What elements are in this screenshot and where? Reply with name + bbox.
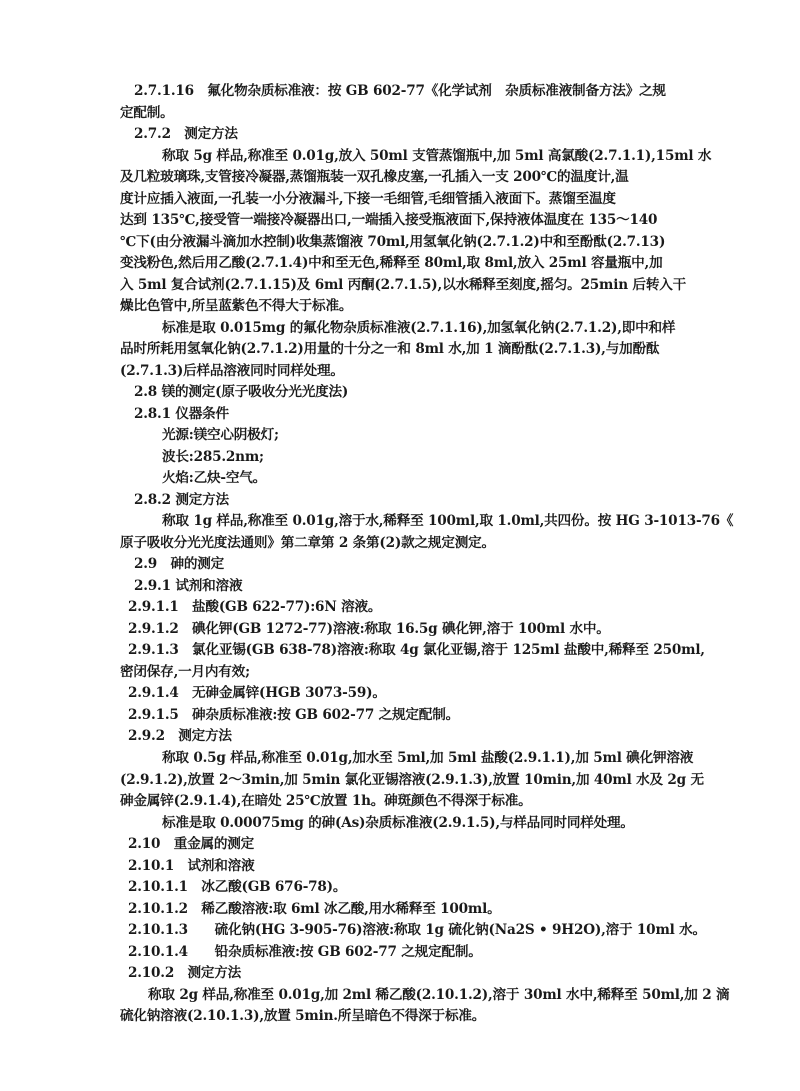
text-line: 2.9.1 试剂和溶液 (120, 576, 675, 598)
text-line: 2.10.1.1 冰乙酸(GB 676-78)。 (120, 877, 675, 899)
text-line: 标准是取 0.015mg 的氟化物杂质标准液(2.7.1.16),加氢氧化钠(2… (120, 318, 675, 340)
text-line: 砷金属锌(2.9.1.4),在暗处 25℃放置 1h。砷斑颜色不得深于标准。 (120, 791, 675, 813)
text-line: 2.7.2 测定方法 (120, 124, 675, 146)
text-line: 2.8.2 测定方法 (120, 490, 675, 512)
document-body: 2.7.1.16 氟化物杂质标准液：按 GB 602-77《化学试剂 杂质标准液… (120, 81, 675, 1028)
text-line: 密闭保存,一月内有效; (120, 662, 675, 684)
text-line: 2.10.1.2 稀乙酸溶液:取 6ml 冰乙酸,用水稀释至 100ml。 (120, 899, 675, 921)
document-page: 2.7.1.16 氟化物杂质标准液：按 GB 602-77《化学试剂 杂质标准液… (0, 0, 800, 1091)
text-line: (2.9.1.2),放置 2～3min,加 5min 氯化亚锡溶液(2.9.1.… (120, 770, 675, 792)
text-line: 2.9.1.4 无砷金属锌(HGB 3073-59)。 (120, 683, 675, 705)
text-line: 2.9.1.5 砷杂质标准液:按 GB 602-77 之规定配制。 (120, 705, 675, 727)
text-line: 2.7.1.16 氟化物杂质标准液：按 GB 602-77《化学试剂 杂质标准液… (120, 81, 675, 103)
text-line: 波长:285.2nm; (120, 447, 675, 469)
text-line: 2.8 镁的测定(原子吸收分光光度法) (120, 382, 675, 404)
text-line: 及几粒玻璃珠,支管接冷凝器,蒸馏瓶装一双孔橡皮塞,一孔插入一支 200℃的温度计… (120, 167, 675, 189)
text-line: 2.9.2 测定方法 (120, 726, 675, 748)
text-line: 2.10.2 测定方法 (120, 963, 675, 985)
text-line: 2.9.1.2 碘化钾(GB 1272-77)溶液:称取 16.5g 碘化钾,溶… (120, 619, 675, 641)
text-line: 入 5ml 复合试剂(2.7.1.15)及 6ml 丙酮(2.7.1.5),以水… (120, 275, 675, 297)
text-line: 定配制。 (120, 103, 675, 125)
text-line: 2.10.1.4 铅杂质标准液:按 GB 602-77 之规定配制。 (120, 942, 675, 964)
text-line: 2.10 重金属的测定 (120, 834, 675, 856)
text-line: 称取 2g 样品,称准至 0.01g,加 2ml 稀乙酸(2.10.1.2),溶… (120, 985, 675, 1007)
text-line: 光源:镁空心阴极灯; (120, 425, 675, 447)
text-line: (2.7.1.3)后样品溶液同时同样处理。 (120, 361, 675, 383)
text-line: 燥比色管中,所呈蓝紫色不得大于标准。 (120, 296, 675, 318)
text-line: 2.9.1.1 盐酸(GB 622-77):6N 溶液。 (120, 597, 675, 619)
text-line: 2.10.1.3 硫化钠(HG 3-905-76)溶液:称取 1g 硫化钠(Na… (120, 920, 675, 942)
text-line: 达到 135℃,接受管一端接冷凝器出口,一端插入接受瓶液面下,保持液体温度在 1… (120, 210, 675, 232)
text-line: 称取 0.5g 样品,称准至 0.01g,加水至 5ml,加 5ml 盐酸(2.… (120, 748, 675, 770)
text-line: 2.10.1 试剂和溶液 (120, 856, 675, 878)
text-line: 火焰:乙炔-空气。 (120, 468, 675, 490)
text-line: 2.9 砷的测定 (120, 554, 675, 576)
text-line: 2.9.1.3 氯化亚锡(GB 638-78)溶液:称取 4g 氯化亚锡,溶于 … (120, 640, 675, 662)
text-line: ℃下(由分液漏斗滴加水控制)收集蒸馏液 70ml,用氢氧化钠(2.7.1.2)中… (120, 232, 675, 254)
text-line: 变浅粉色,然后用乙酸(2.7.1.4)中和至无色,稀释至 80ml,取 8ml,… (120, 253, 675, 275)
text-line: 标准是取 0.00075mg 的砷(As)杂质标准液(2.9.1.5),与样品同… (120, 813, 675, 835)
text-line: 称取 5g 样品,称准至 0.01g,放入 50ml 支管蒸馏瓶中,加 5ml … (120, 146, 675, 168)
text-line: 硫化钠溶液(2.10.1.3),放置 5min.所呈暗色不得深于标准。 (120, 1006, 675, 1028)
text-line: 度计应插入液面,一孔装一小分液漏斗,下接一毛细管,毛细管插入液面下。蒸馏至温度 (120, 189, 675, 211)
text-line: 称取 1g 样品,称准至 0.01g,溶于水,稀释至 100ml,取 1.0ml… (120, 511, 675, 533)
text-line: 品时所耗用氢氧化钠(2.7.1.2)用量的十分之一和 8ml 水,加 1 滴酚酞… (120, 339, 675, 361)
text-line: 2.8.1 仪器条件 (120, 404, 675, 426)
text-line: 原子吸收分光光度法通则》第二章第 2 条第(2)款之规定测定。 (120, 533, 675, 555)
